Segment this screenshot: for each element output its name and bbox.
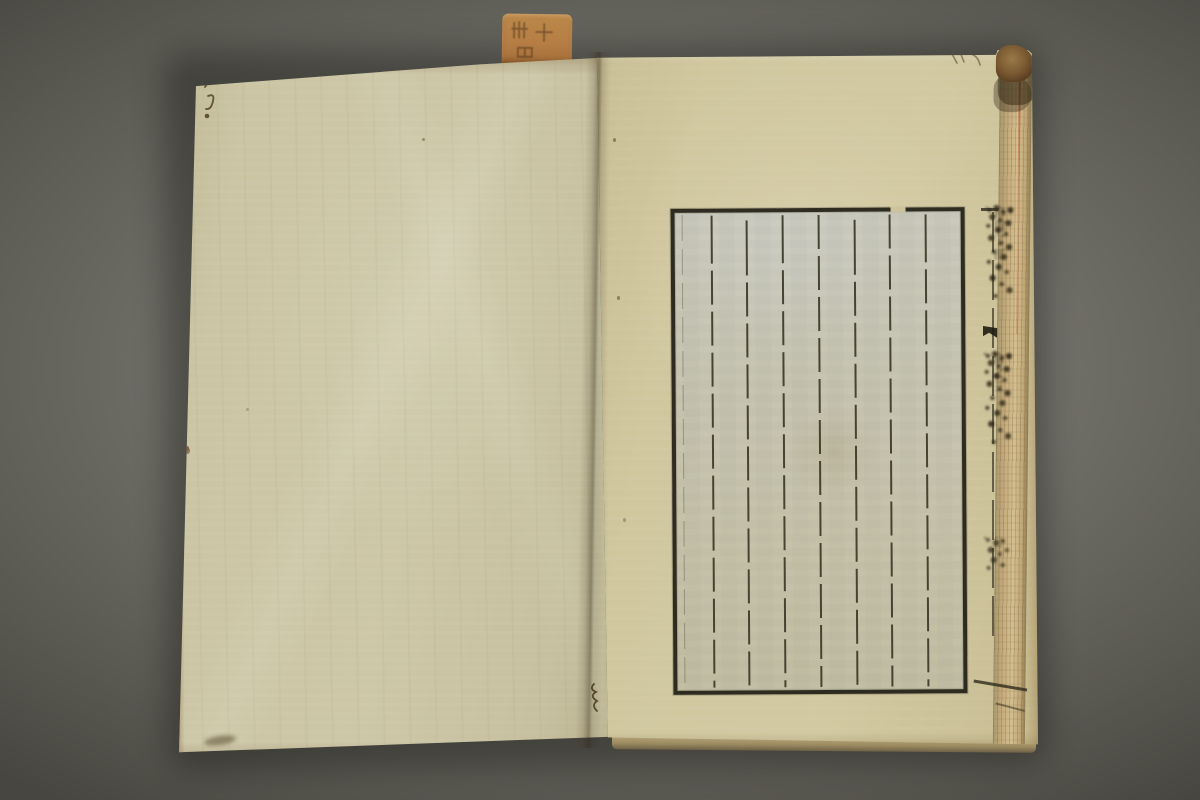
ink-noise: [984, 353, 986, 355]
column-line: [711, 216, 716, 688]
grid-border-break: [891, 206, 906, 212]
printed-column-grid: [671, 207, 968, 695]
foxing-speck: [617, 296, 620, 300]
fore-edge-bottom-mark: [974, 680, 1028, 692]
foxing-speck: [623, 518, 626, 522]
ink-noise: [985, 207, 987, 209]
fore-edge-bottom-mark: [995, 702, 1025, 711]
paper-label-tab: [502, 14, 573, 67]
column-line: [746, 215, 750, 687]
fore-edge-text: 倫之三: [989, 352, 1006, 394]
column-line: [925, 214, 930, 686]
fore-edge-text: 修與了部: [991, 206, 1009, 262]
tag-handwriting-marks: [506, 16, 569, 63]
foxing-speck: [246, 408, 249, 411]
column-line: [782, 215, 787, 687]
foxing-speck: [422, 138, 425, 141]
gutter-scribble-mark: [586, 682, 600, 714]
corner-ink-smudge: [204, 734, 237, 747]
column-line: [889, 215, 894, 687]
left-page-blank-verso: [176, 58, 610, 760]
ink-noise: [984, 537, 986, 539]
fore-edge-text: 分: [990, 536, 1007, 550]
grid-inner-line: [682, 215, 686, 689]
fore-edge-page-stack: 修與了部 倫之三 分: [993, 56, 1032, 748]
foxing-speck: [613, 138, 616, 142]
column-line: [818, 215, 823, 687]
photo-of-open-book: 修與了部 倫之三 分: [0, 0, 1200, 800]
fore-edge-ink-text: 分: [981, 534, 1013, 578]
right-page-printed-recto: 修與了部 倫之三 分: [595, 50, 1038, 750]
fore-edge-ink-text: 倫之三: [980, 350, 1017, 450]
fore-edge-ink-text: 修與了部: [981, 204, 1018, 302]
column-line: [854, 215, 858, 687]
